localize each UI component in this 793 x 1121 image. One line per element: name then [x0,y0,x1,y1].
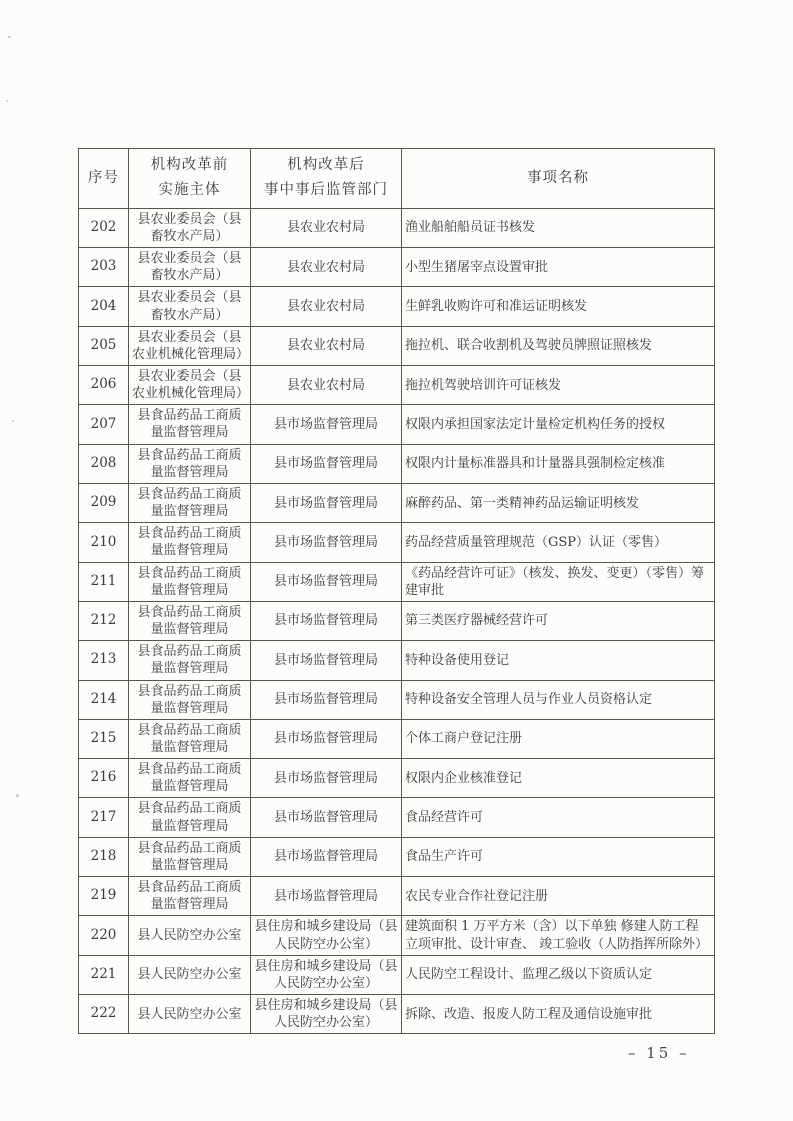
serial-number-cell: 208 [79,444,129,483]
post-reform-dept-cell: 县市场监督管理局 [251,444,402,483]
table-row: 211 县食品药品工商质量监督管理局 县市场监督管理局 《药品经营许可证》（核发… [79,562,715,601]
item-name-cell: 药品经营质量管理规范（GSP）认证（零售） [402,523,715,562]
serial-number-cell: 210 [79,523,129,562]
serial-number-cell: 215 [79,719,129,758]
pre-reform-body-cell: 县人民防空办公室 [129,955,251,994]
post-reform-dept-cell: 县市场监督管理局 [251,483,402,522]
post-reform-dept-cell: 县农业农村局 [251,366,402,405]
item-name-cell: 特种设备安全管理人员与作业人员资格认定 [402,680,715,719]
table-row: 219 县食品药品工商质量监督管理局 县市场监督管理局 农民专业合作社登记注册 [79,877,715,916]
item-name-cell: 拆除、改造、报废人防工程及通信设施审批 [402,995,715,1034]
pre-reform-body-cell: 县食品药品工商质量监督管理局 [129,641,251,680]
post-reform-dept-cell: 县农业农村局 [251,287,402,326]
table-row: 213 县食品药品工商质量监督管理局 县市场监督管理局 特种设备使用登记 [79,641,715,680]
table-row: 214 县食品药品工商质量监督管理局 县市场监督管理局 特种设备安全管理人员与作… [79,680,715,719]
pre-reform-body-cell: 县农业委员会（县畜牧水产局） [129,208,251,247]
serial-number-cell: 220 [79,916,129,955]
header-pre-reform-line2: 实施主体 [131,178,248,203]
post-reform-dept-cell: 县市场监督管理局 [251,719,402,758]
item-name-cell: 渔业船舶船员证书核发 [402,208,715,247]
item-name-cell: 小型生猪屠宰点设置审批 [402,248,715,287]
pre-reform-body-cell: 县食品药品工商质量监督管理局 [129,759,251,798]
pre-reform-body-cell: 县农业委员会（县畜牧水产局） [129,287,251,326]
table-row: 207 县食品药品工商质量监督管理局 县市场监督管理局 权限内承担国家法定计量检… [79,405,715,444]
pre-reform-body-cell: 县食品药品工商质量监督管理局 [129,837,251,876]
table-row: 204 县农业委员会（县畜牧水产局） 县农业农村局 生鲜乳收购许可和准运证明核发 [79,287,715,326]
pre-reform-body-cell: 县食品药品工商质量监督管理局 [129,562,251,601]
scan-speck [8,36,11,38]
item-name-cell: 特种设备使用登记 [402,641,715,680]
serial-number-cell: 204 [79,287,129,326]
item-name-cell: 权限内计量标准器具和计量器具强制检定核准 [402,444,715,483]
item-name-cell: 拖拉机、联合收割机及驾驶员牌照证照核发 [402,326,715,365]
pre-reform-body-cell: 县食品药品工商质量监督管理局 [129,877,251,916]
post-reform-dept-cell: 县农业农村局 [251,248,402,287]
table-row: 221 县人民防空办公室 县住房和城乡建设局（县人民防空办公室） 人民防空工程设… [79,955,715,994]
table-row: 220 县人民防空办公室 县住房和城乡建设局（县人民防空办公室） 建筑面积 1 … [79,916,715,955]
post-reform-dept-cell: 县市场监督管理局 [251,523,402,562]
serial-number-cell: 211 [79,562,129,601]
post-reform-dept-cell: 县住房和城乡建设局（县人民防空办公室） [251,916,402,955]
table-row: 208 县食品药品工商质量监督管理局 县市场监督管理局 权限内计量标准器具和计量… [79,444,715,483]
serial-number-cell: 212 [79,601,129,640]
table-row: 218 县食品药品工商质量监督管理局 县市场监督管理局 食品生产许可 [79,837,715,876]
scanned-document-page: 序号 机构改革前 实施主体 机构改革后 事中事后监管部门 事项名称 202 县农… [0,0,793,1121]
scan-speck [6,100,8,102]
pre-reform-body-cell: 县农业委员会（县农业机械化管理局） [129,366,251,405]
serial-number-cell: 203 [79,248,129,287]
item-name-cell: 拖拉机驾驶培训许可证核发 [402,366,715,405]
serial-number-cell: 209 [79,483,129,522]
post-reform-dept-cell: 县市场监督管理局 [251,759,402,798]
pre-reform-body-cell: 县食品药品工商质量监督管理局 [129,405,251,444]
serial-number-cell: 218 [79,837,129,876]
item-name-cell: 权限内承担国家法定计量检定机构任务的授权 [402,405,715,444]
header-post-reform-line1: 机构改革后 [253,153,399,178]
header-post-reform-dept: 机构改革后 事中事后监管部门 [251,149,402,209]
item-name-cell: 食品经营许可 [402,798,715,837]
pre-reform-body-cell: 县人民防空办公室 [129,995,251,1034]
item-name-cell: 食品生产许可 [402,837,715,876]
serial-number-cell: 205 [79,326,129,365]
item-name-cell: 《药品经营许可证》（核发、换发、变更）（零售）筹建审批 [402,562,715,601]
post-reform-dept-cell: 县农业农村局 [251,326,402,365]
header-pre-reform-line1: 机构改革前 [131,153,248,178]
serial-number-cell: 206 [79,366,129,405]
table-row: 209 县食品药品工商质量监督管理局 县市场监督管理局 麻醉药品、第一类精神药品… [79,483,715,522]
post-reform-dept-cell: 县市场监督管理局 [251,680,402,719]
post-reform-dept-cell: 县市场监督管理局 [251,877,402,916]
serial-number-cell: 217 [79,798,129,837]
header-pre-reform-body: 机构改革前 实施主体 [129,149,251,209]
serial-number-cell: 213 [79,641,129,680]
pre-reform-body-cell: 县食品药品工商质量监督管理局 [129,680,251,719]
item-name-cell: 权限内企业核准登记 [402,759,715,798]
header-serial-number: 序号 [79,149,129,209]
serial-number-cell: 216 [79,759,129,798]
item-name-cell: 第三类医疗器械经营许可 [402,601,715,640]
table-row: 202 县农业委员会（县畜牧水产局） 县农业农村局 渔业船舶船员证书核发 [79,208,715,247]
item-name-cell: 麻醉药品、第一类精神药品运输证明核发 [402,483,715,522]
table-row: 222 县人民防空办公室 县住房和城乡建设局（县人民防空办公室） 拆除、改造、报… [79,995,715,1034]
table-row: 215 县食品药品工商质量监督管理局 县市场监督管理局 个体工商户登记注册 [79,719,715,758]
post-reform-dept-cell: 县农业农村局 [251,208,402,247]
table-body: 202 县农业委员会（县畜牧水产局） 县农业农村局 渔业船舶船员证书核发 203… [79,208,715,1034]
pre-reform-body-cell: 县食品药品工商质量监督管理局 [129,444,251,483]
pre-reform-body-cell: 县食品药品工商质量监督管理局 [129,483,251,522]
reform-items-table: 序号 机构改革前 实施主体 机构改革后 事中事后监管部门 事项名称 202 县农… [78,148,715,1034]
pre-reform-body-cell: 县食品药品工商质量监督管理局 [129,719,251,758]
table-row: 203 县农业委员会（县畜牧水产局） 县农业农村局 小型生猪屠宰点设置审批 [79,248,715,287]
serial-number-cell: 221 [79,955,129,994]
pre-reform-body-cell: 县农业委员会（县畜牧水产局） [129,248,251,287]
post-reform-dept-cell: 县市场监督管理局 [251,562,402,601]
scan-speck [16,794,19,797]
serial-number-cell: 222 [79,995,129,1034]
item-name-cell: 生鲜乳收购许可和准运证明核发 [402,287,715,326]
table-row: 217 县食品药品工商质量监督管理局 县市场监督管理局 食品经营许可 [79,798,715,837]
table-header-row: 序号 机构改革前 实施主体 机构改革后 事中事后监管部门 事项名称 [79,149,715,209]
header-item-name: 事项名称 [402,149,715,209]
serial-number-cell: 202 [79,208,129,247]
scan-speck [12,420,14,422]
item-name-cell: 人民防空工程设计、监理乙级以下资质认定 [402,955,715,994]
header-post-reform-line2: 事中事后监管部门 [253,178,399,203]
pre-reform-body-cell: 县农业委员会（县农业机械化管理局） [129,326,251,365]
post-reform-dept-cell: 县市场监督管理局 [251,405,402,444]
post-reform-dept-cell: 县住房和城乡建设局（县人民防空办公室） [251,955,402,994]
page-number: – 15 – [628,1044,690,1062]
post-reform-dept-cell: 县市场监督管理局 [251,798,402,837]
item-name-cell: 建筑面积 1 万平方米（含）以下单独 修建人防工程立项审批、设计审查、 竣工验收… [402,916,715,955]
serial-number-cell: 219 [79,877,129,916]
post-reform-dept-cell: 县住房和城乡建设局（县人民防空办公室） [251,995,402,1034]
serial-number-cell: 207 [79,405,129,444]
post-reform-dept-cell: 县市场监督管理局 [251,837,402,876]
table-row: 205 县农业委员会（县农业机械化管理局） 县农业农村局 拖拉机、联合收割机及驾… [79,326,715,365]
table-row: 210 县食品药品工商质量监督管理局 县市场监督管理局 药品经营质量管理规范（G… [79,523,715,562]
table-row: 206 县农业委员会（县农业机械化管理局） 县农业农村局 拖拉机驾驶培训许可证核… [79,366,715,405]
pre-reform-body-cell: 县食品药品工商质量监督管理局 [129,523,251,562]
post-reform-dept-cell: 县市场监督管理局 [251,641,402,680]
pre-reform-body-cell: 县人民防空办公室 [129,916,251,955]
table-row: 216 县食品药品工商质量监督管理局 县市场监督管理局 权限内企业核准登记 [79,759,715,798]
post-reform-dept-cell: 县市场监督管理局 [251,601,402,640]
item-name-cell: 个体工商户登记注册 [402,719,715,758]
pre-reform-body-cell: 县食品药品工商质量监督管理局 [129,601,251,640]
item-name-cell: 农民专业合作社登记注册 [402,877,715,916]
table-row: 212 县食品药品工商质量监督管理局 县市场监督管理局 第三类医疗器械经营许可 [79,601,715,640]
serial-number-cell: 214 [79,680,129,719]
pre-reform-body-cell: 县食品药品工商质量监督管理局 [129,798,251,837]
